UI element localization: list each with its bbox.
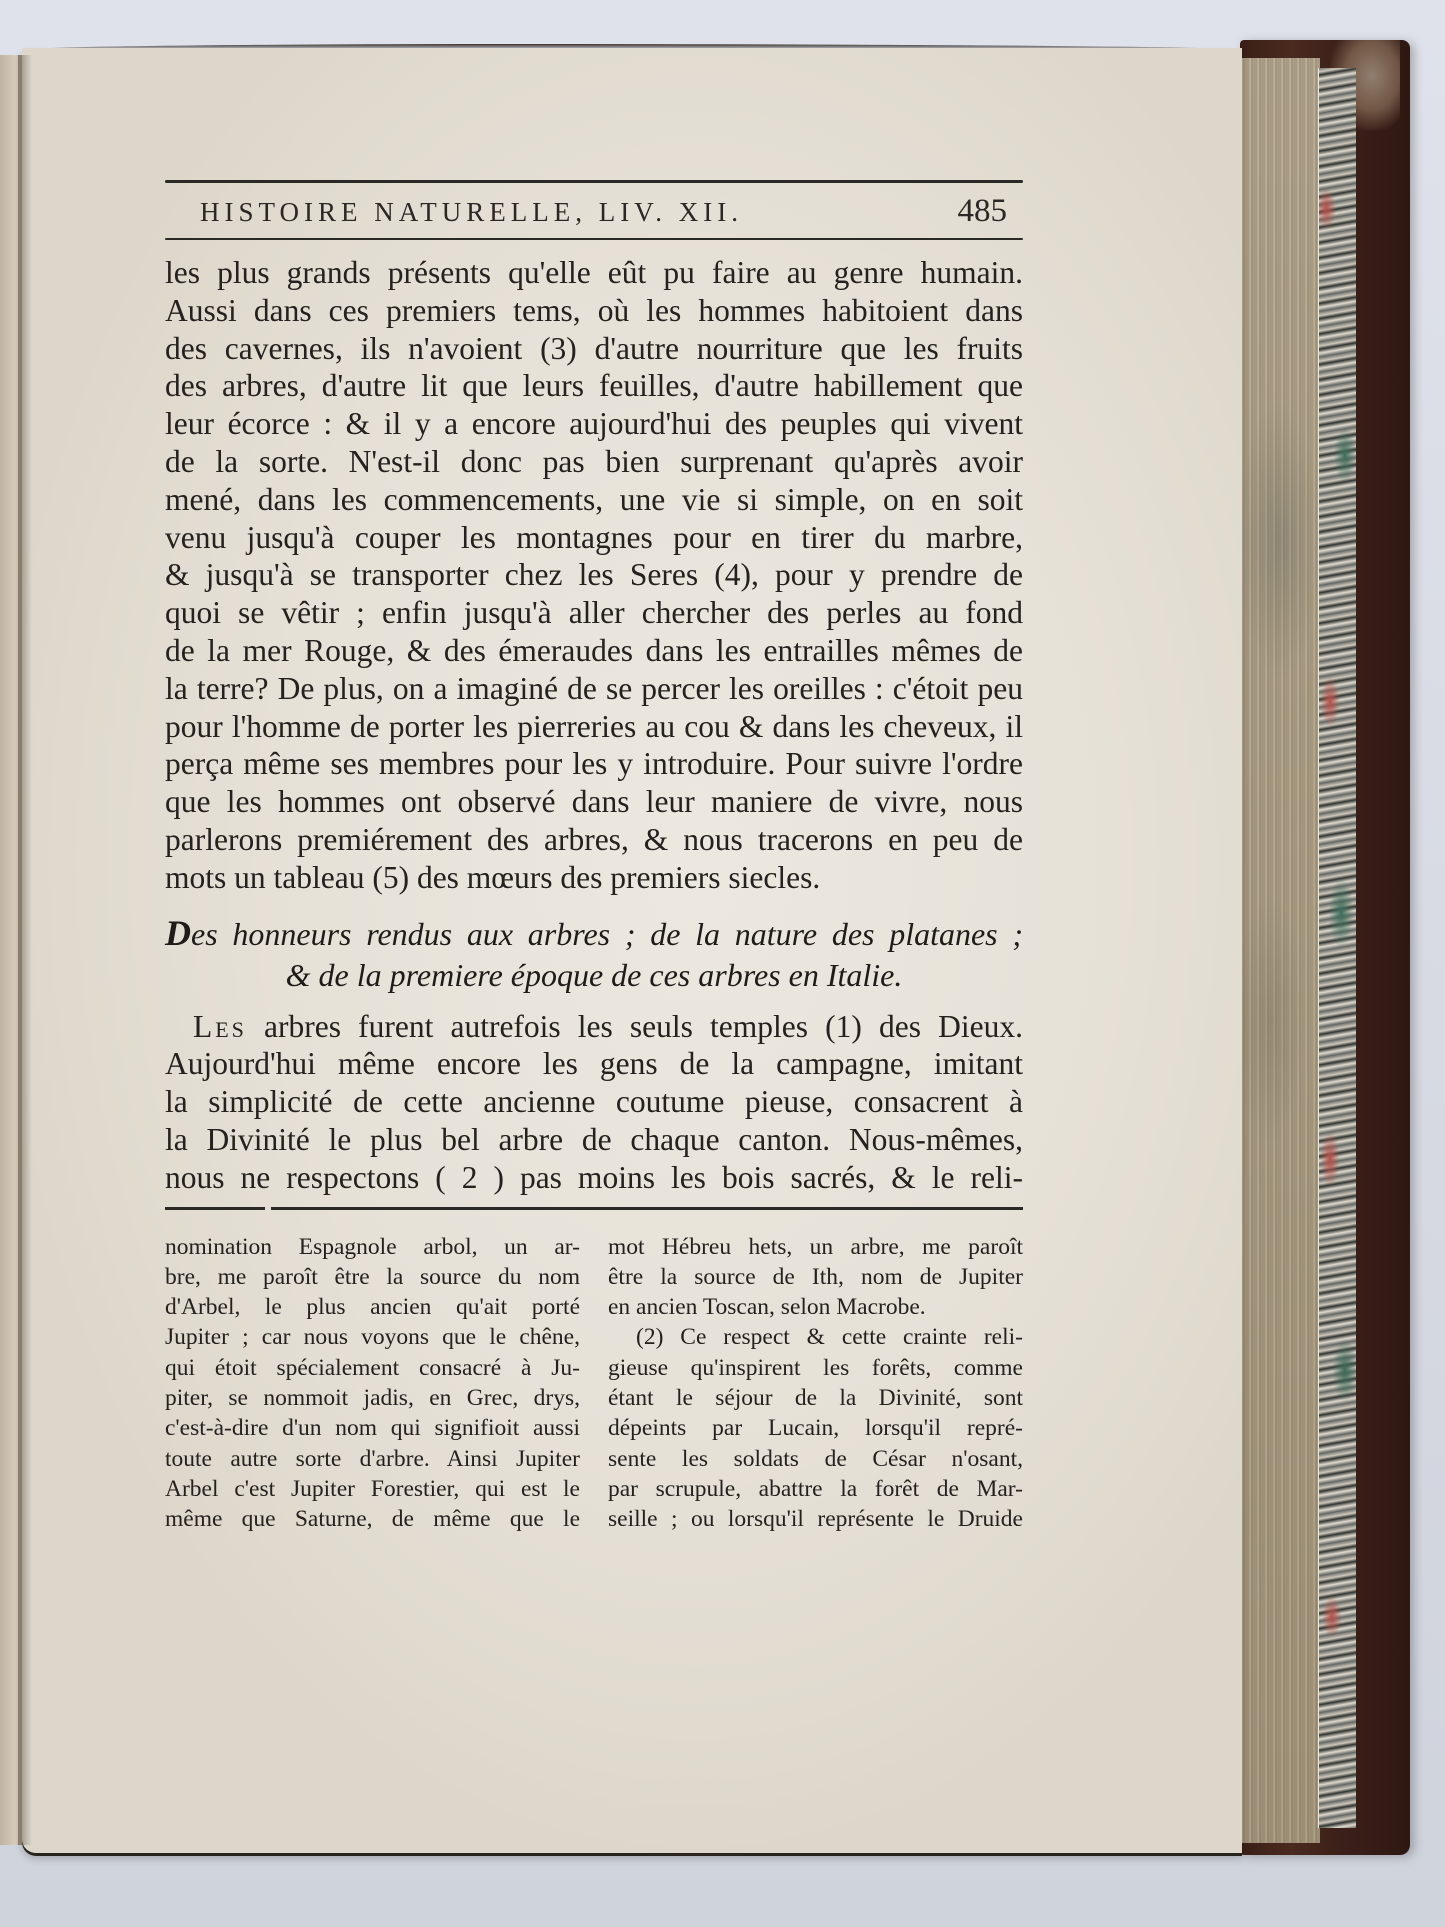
text-line-rest: arbres furent autrefois les seuls temple… [247,1009,1023,1044]
section-heading-line-2: & de la premiere époque de ces arbres en… [165,955,1023,996]
footnote-line: toute autre sorte d'arbre. Ainsi Jupiter [165,1444,580,1474]
text-line: nous ne respectons ( 2 ) pas moins les b… [165,1159,1023,1197]
footnote-line: étant le séjour de la Divinité, sont [608,1383,1023,1413]
text-line: que les hommes ont observé dans leur man… [165,783,1023,821]
footnote-column-right: mot Hébreu hets, un arbre, me paroît êtr… [608,1232,1023,1535]
text-block: HISTOIRE NATURELLE, LIV. XII. 485 les pl… [165,180,1023,1535]
footnote-line: (2) Ce respect & cette crainte reli- [608,1322,1023,1352]
footnote-line: bre, me paroît être la source du nom [165,1262,580,1292]
text-line: la Divinité le plus bel arbre de chaque … [165,1121,1023,1159]
text-line: Aussi dans ces premiers tems, où les hom… [165,292,1023,330]
gutter-shadow [18,55,32,1845]
footnote-line: seille ; ou lorsqu'il représente le Drui… [608,1504,1023,1534]
running-head: HISTOIRE NATURELLE, LIV. XII. 485 [165,183,1023,238]
footnote-line: dépeints par Lucain, lorsqu'il repré- [608,1413,1023,1443]
text-line: leur écorce : & il y a encore aujourd'hu… [165,405,1023,443]
section-paragraph: Les arbres furent autrefois les seuls te… [165,1008,1023,1197]
separator-long-rule [271,1207,1023,1210]
footnote-line: être la source de Ith, nom de Jupiter [608,1262,1023,1292]
running-head-title: HISTOIRE NATURELLE, LIV. XII. [200,197,743,228]
text-line: Aujourd'hui même encore les gens de la c… [165,1045,1023,1083]
footnote-line: même que Saturne, de même que le [165,1504,580,1534]
text-line: perça même ses membres pour les y introd… [165,745,1023,783]
text-line: pour l'homme de porter les pierreries au… [165,708,1023,746]
text-line: des arbres, d'autre lit que leurs feuill… [165,367,1023,405]
footnote-line: c'est-à-dire d'un nom qui signifioit aus… [165,1413,580,1443]
marbled-edge [1318,68,1356,1828]
text-line: de la sorte. N'est-il donc pas bien surp… [165,443,1023,481]
section-heading: Des honneurs rendus aux arbres ; de la n… [165,913,1023,996]
paragraph-initial: Les [193,1009,247,1044]
footnote-line: d'Arbel, le plus ancien qu'ait porté [165,1292,580,1322]
heading-line-1-text: es honneurs rendus aux arbres ; de la na… [191,916,1023,952]
text-line: mené, dans les commencements, une vie si… [165,481,1023,519]
heading-initial: D [165,913,191,953]
text-line: des cavernes, ils n'avoient (3) d'autre … [165,330,1023,368]
separator-short-rule [165,1207,265,1210]
text-line: Les arbres furent autrefois les seuls te… [165,1008,1023,1046]
text-line: de la mer Rouge, & des émeraudes dans le… [165,632,1023,670]
text-line: mots un tableau (5) des mœurs des premie… [165,859,1023,897]
footnote-line: piter, se nommoit jadis, en Grec, drys, [165,1383,580,1413]
footnote-line: par scrupule, abattre la forêt de Mar- [608,1474,1023,1504]
footnotes: nomination Espagnole arbol, un ar- bre, … [165,1232,1023,1535]
footnote-line: qui étoit spécialement consacré à Ju- [165,1353,580,1383]
text-line: parlerons premiérement des arbres, & nou… [165,821,1023,859]
text-line: & jusqu'à se transporter chez les Seres … [165,556,1023,594]
page-block-stain [1238,180,1320,1380]
footnote-separator [165,1207,1023,1210]
footnote-line: sente les soldats de César n'osant, [608,1444,1023,1474]
header-rule-bottom [165,238,1023,240]
text-line: les plus grands présents qu'elle eût pu … [165,254,1023,292]
footnote-line: mot Hébreu hets, un arbre, me paroît [608,1232,1023,1262]
section-heading-line-1: Des honneurs rendus aux arbres ; de la n… [165,913,1023,955]
footnote-line: en ancien Toscan, selon Macrobe. [608,1292,1023,1322]
footnote-line: nomination Espagnole arbol, un ar- [165,1232,580,1262]
main-paragraph: les plus grands présents qu'elle eût pu … [165,254,1023,897]
page-number: 485 [958,193,1020,230]
text-line: venu jusqu'à couper les montagnes pour e… [165,519,1023,557]
text-line: quoi se vêtir ; enfin jusqu'à aller cher… [165,594,1023,632]
footnote-line: Jupiter ; car nous voyons que le chêne, [165,1322,580,1352]
footnote-line: Arbel c'est Jupiter Forestier, qui est l… [165,1474,580,1504]
footnote-column-left: nomination Espagnole arbol, un ar- bre, … [165,1232,580,1535]
text-line: la simplicité de cette ancienne coutume … [165,1083,1023,1121]
text-line: la terre? De plus, on a imaginé de se pe… [165,670,1023,708]
footnote-line: gieuse qu'inspirent les forêts, comme [608,1353,1023,1383]
